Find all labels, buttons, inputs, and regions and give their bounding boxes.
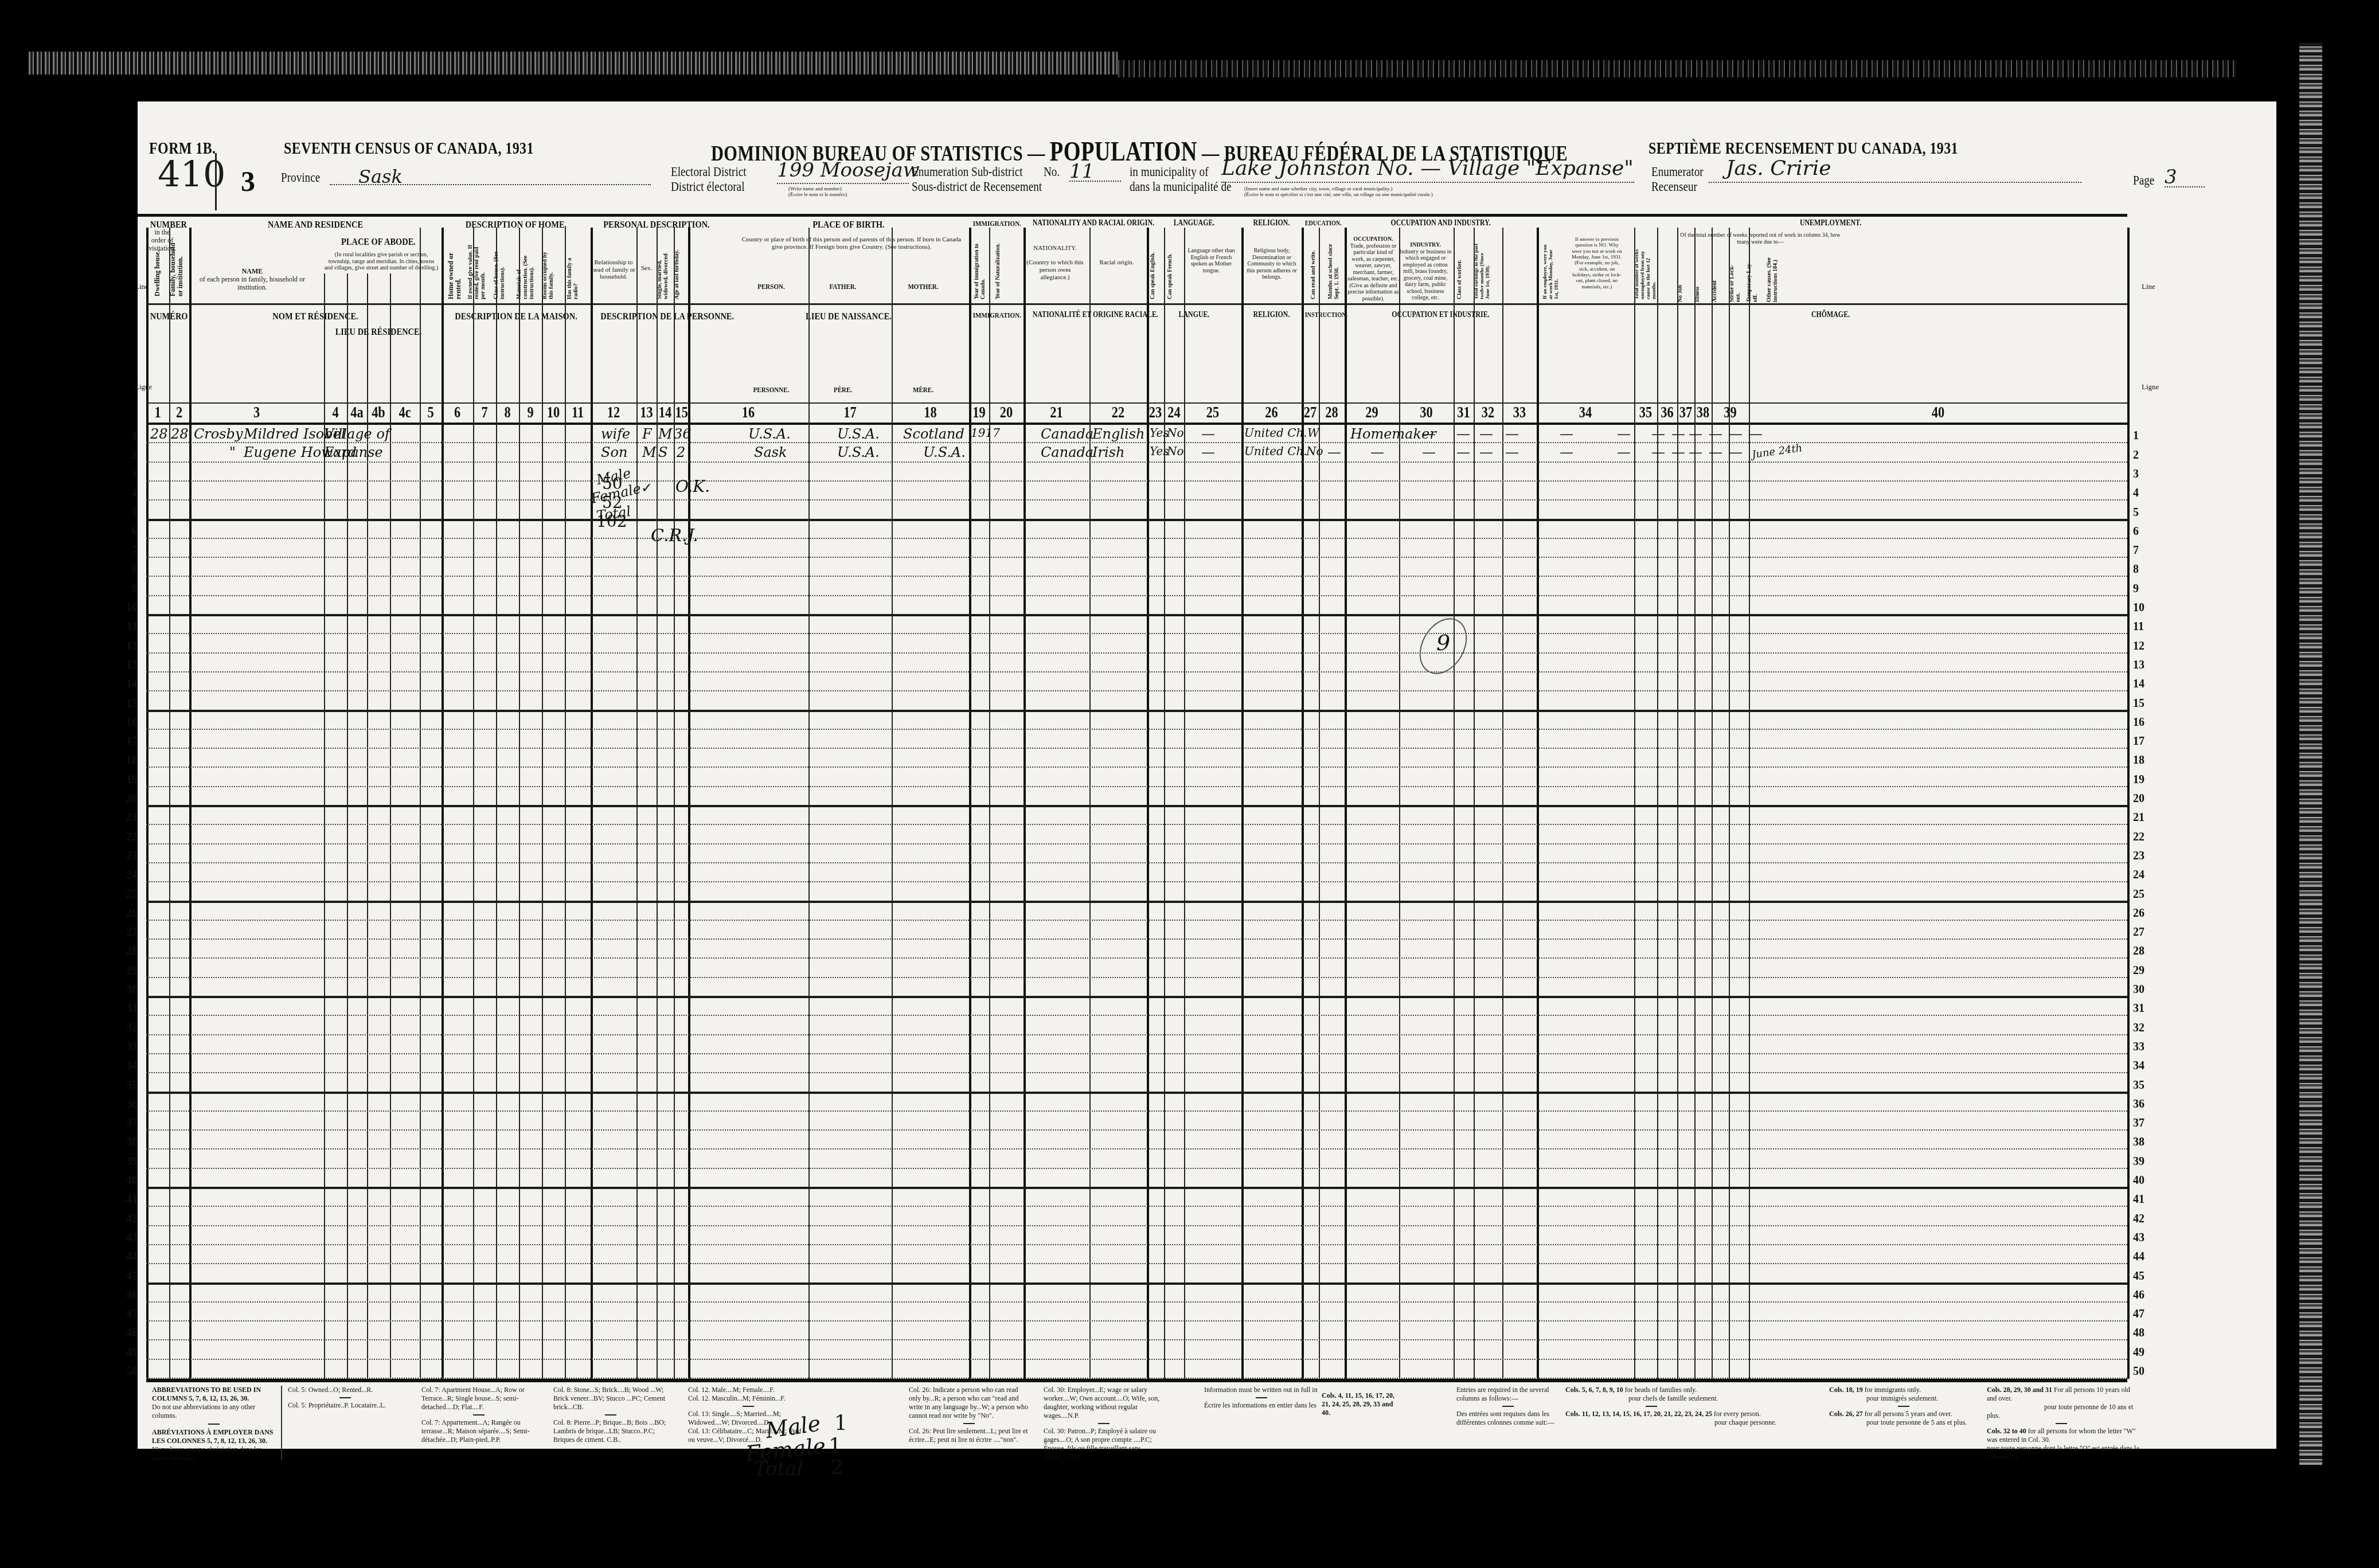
line-number-left: 19 (120, 773, 138, 787)
sheet-divider (215, 153, 217, 210)
line-number-left: 28 (120, 945, 138, 958)
vlabel-speak-english: Can speak English. (1150, 242, 1156, 299)
scan-artifact-top-2 (1118, 60, 2236, 77)
footer-col30: Col. 30: Employer...E; wage or salary wo… (1044, 1386, 1164, 1461)
title-right: SEPTIÈME RECENSEMENT DU CANADA, 1931 (1648, 139, 1958, 158)
row-rule (146, 633, 2127, 634)
cell-family: 28 (171, 426, 189, 442)
line-number-right: 16 (2133, 716, 2150, 729)
vlabel-relationship: Relationship to head of family or househ… (591, 259, 636, 281)
line-number-left: 12 (120, 640, 138, 653)
group-chomage: CHÔMAGE. (1581, 311, 2080, 320)
nationality-sub: NATIONALITY.(Country to which this perso… (1026, 245, 1084, 281)
line-number-left: 22 (120, 831, 138, 844)
vlabel-layoff: Temporary Lay-off. (1746, 256, 1759, 302)
column-number: 11 (568, 404, 588, 422)
enumerator-field: Jas. Cririe (1709, 157, 2081, 183)
line-number-right: 12 (2133, 640, 2150, 653)
line-number-right: 30 (2133, 983, 2150, 996)
row-rule (146, 710, 2127, 712)
cell-c32: — (1505, 426, 1519, 442)
industry-heading: INDUSTRY.Industry or business in which e… (1399, 242, 1452, 302)
pob-father: FATHER. (814, 282, 872, 291)
line-number-left: 26 (120, 907, 138, 920)
column-number: 18 (900, 404, 962, 422)
province-label: Province (281, 170, 320, 186)
column-number: 28 (1322, 404, 1342, 422)
line-number-right: 1 (2133, 429, 2150, 443)
column-number: 38 (1696, 404, 1710, 422)
column-number: 23 (1149, 404, 1162, 422)
footer-entries: Entries are required in the several colu… (1456, 1386, 1560, 1427)
cell-industry: — (1422, 426, 1436, 442)
bottom-total-count: 2 (830, 1456, 843, 1479)
row-rule (146, 614, 2127, 616)
scan-artifact-top (29, 52, 1118, 75)
row-rule (146, 1244, 2127, 1245)
column-number: 33 (1506, 404, 1533, 422)
row-rule (146, 805, 2127, 807)
cell-c39: — (1729, 444, 1743, 460)
row-rule (146, 519, 2127, 521)
cell-racial-origin: Irish (1092, 444, 1124, 460)
row-rule (146, 1015, 2127, 1016)
cell-c37: — (1689, 426, 1702, 442)
group-immigration: IMMIGRATION. (973, 219, 1017, 228)
row-rule (146, 1282, 2127, 1285)
row-rule (146, 557, 2127, 558)
column-number: 26 (1248, 404, 1296, 422)
line-number-left: 14 (120, 678, 138, 691)
cell-c35: — (1651, 444, 1665, 460)
ligne-label-right: Ligne (2142, 382, 2159, 392)
municipality-value: Lake Johnston No. — Village "Expanse" (1221, 157, 1634, 180)
line-number-left: 48 (120, 1327, 138, 1340)
column-rule (2127, 228, 2130, 1379)
column-number: 21 (1030, 404, 1083, 422)
line-number-right: 32 (2133, 1022, 2150, 1035)
footer-col8: Col. 8: Stone...S; Brick....B; Wood ...W… (553, 1386, 668, 1444)
line-number-right: 48 (2133, 1327, 2150, 1340)
line-number-right: 11 (2133, 620, 2150, 634)
check-mark: ✓ (641, 480, 653, 496)
line-number-right: 14 (2133, 678, 2150, 691)
line-number-left: 20 (120, 792, 138, 805)
row-rule (146, 881, 2127, 882)
line-number-right: 49 (2133, 1346, 2150, 1359)
column-number: 19 (971, 404, 987, 422)
cell-c32: — (1505, 444, 1519, 460)
group-occupation-industry: OCCUPATION AND INDUSTRY. (1359, 219, 1522, 228)
footer-col26: Col. 26: Indicate a person who can read … (909, 1386, 1029, 1444)
line-number-right: 46 (2133, 1289, 2150, 1302)
cell-months-school: — (1327, 444, 1341, 460)
line-number-left: 36 (120, 1098, 138, 1111)
cell-c33: — (1560, 426, 1573, 442)
bottom-male-count: 1 (834, 1411, 847, 1435)
line-number-left: 1 (120, 429, 138, 443)
row-rule (146, 1225, 2127, 1226)
enumerator-label: Enumerator Recenseur (1651, 165, 1704, 195)
cell-relationship: wife (601, 426, 630, 442)
row-rule (146, 920, 2127, 921)
line-number-left: 38 (120, 1136, 138, 1149)
column-number: 22 (1095, 404, 1141, 422)
abbrev-block: ABBREVIATIONS TO BE USED IN COLUMNS 5, 7… (152, 1386, 275, 1463)
column-number: 36 (1659, 404, 1675, 422)
occupation-heading: OCCUPATION.Trade, profession or particul… (1347, 236, 1399, 302)
line-number-right: 15 (2133, 697, 2150, 710)
line-number-left: 46 (120, 1289, 138, 1302)
cell-surname: " (229, 444, 236, 460)
line-number-left: 37 (120, 1117, 138, 1130)
municipality-field: Lake Johnston No. — Village "Expanse" (1221, 157, 1634, 183)
column-number: 29 (1350, 404, 1394, 422)
row-rule (146, 1053, 2127, 1054)
cell-abode: Expanse (324, 444, 383, 460)
column-number: 20 (993, 404, 1020, 422)
vlabel-at-work: If an employee, were you at work Monday,… (1542, 242, 1560, 299)
cell-c33: — (1560, 444, 1573, 460)
cell-c40: — (1749, 426, 1763, 442)
column-number: 4b (369, 404, 388, 422)
line-number-left: 17 (120, 735, 138, 748)
line-number-left: 33 (120, 1041, 138, 1054)
line-number-right: 37 (2133, 1117, 2150, 1130)
vlabel-value-rent: If owned give value. If rented, give ren… (467, 242, 486, 299)
vlabel-earnings: Total earnings in the past twelve months… (1474, 242, 1491, 299)
column-number: 40 (1787, 404, 2089, 422)
column-number: 8 (498, 404, 517, 422)
group-instruction: INSTRUCTION. (1305, 311, 1342, 319)
column-number: 15 (675, 404, 687, 422)
line-number-left: 10 (120, 601, 138, 615)
column-number: 37 (1679, 404, 1693, 422)
cell-age: 2 (677, 444, 685, 460)
row-rule (146, 1263, 2127, 1264)
row-rule (146, 862, 2127, 863)
line-number-right: 40 (2133, 1174, 2150, 1187)
circled-number: 9 (1436, 630, 1450, 655)
row-rule (146, 1034, 2127, 1035)
group-occupation-industrie: OCCUPATION ET INDUSTRIE. (1359, 311, 1522, 320)
scan-artifact-right-edge (2299, 43, 2322, 1465)
line-number-right: 39 (2133, 1155, 2150, 1168)
row-rule (146, 786, 2127, 787)
cell-c30: — (1456, 444, 1470, 460)
row-rule (146, 1359, 2127, 1360)
cell-c31: — (1479, 444, 1493, 460)
group-religion-fr: RELIGION. (1246, 311, 1297, 320)
column-number: 9 (521, 404, 540, 422)
district-number: 3 (241, 165, 255, 198)
line-number-left: 43 (120, 1231, 138, 1245)
line-number-right: 45 (2133, 1270, 2150, 1283)
line-number-right: 18 (2133, 754, 2150, 767)
ligne-label-left: Ligne (135, 382, 152, 392)
column-number: 34 (1546, 404, 1624, 422)
pob-person: PERSON. (749, 282, 794, 291)
line-number-left: 3 (120, 468, 138, 481)
cell-c31: — (1479, 426, 1493, 442)
row-rule (146, 939, 2127, 940)
column-number: 3 (203, 404, 311, 422)
line-number-right: 8 (2133, 563, 2150, 576)
column-number: 14 (658, 404, 672, 422)
cell-abode: Village of (324, 426, 390, 442)
cell-sex: F (642, 426, 652, 442)
line-number-right: 17 (2133, 735, 2150, 748)
column-number: 27 (1303, 404, 1317, 422)
column-number: 39 (1716, 404, 1745, 422)
column-number: 12 (595, 404, 632, 422)
row-rule (146, 1187, 2127, 1189)
column-number: 4a (349, 404, 365, 422)
line-number-right: 3 (2133, 468, 2150, 481)
pob-mother: MOTHER. (894, 282, 952, 291)
line-number-right: 7 (2133, 544, 2150, 557)
cell-c38: — (1709, 444, 1722, 460)
vlabel-months-school: Months at school since Sept. 1, 1930. (1327, 242, 1340, 299)
census-page: FORM 1B. SEVENTH CENSUS OF CANADA, 1931 … (138, 101, 2276, 1449)
line-number-left: 50 (120, 1365, 138, 1378)
cell-surname: Crosby (194, 426, 243, 442)
cell-nationality: Canada (1041, 426, 1093, 442)
row-rule (146, 442, 2127, 443)
vlabel-owned-rented: Home owned or rented. (447, 242, 462, 299)
line-number-right: 25 (2133, 888, 2150, 901)
column-number: 4c (393, 404, 417, 422)
vlabel-family: Family, household or institution. (169, 239, 184, 296)
line-number-left: 21 (120, 811, 138, 824)
cell-c36: — (1671, 444, 1685, 460)
line-number-right: 9 (2133, 582, 2150, 596)
page-value: 3 (2165, 166, 2177, 189)
row-rule (146, 652, 2127, 654)
unemp-weeks-heading: Of the total number of weeks reported ou… (1674, 232, 1846, 245)
column-number: 16 (700, 404, 796, 422)
pob-personne: PERSONNE. (749, 385, 794, 394)
vlabel-year-immigration: Year of immigration to Canada. (974, 242, 986, 299)
line-number-right: 36 (2133, 1098, 2150, 1111)
vlabel-class-worker: Class of worker. (1456, 242, 1463, 299)
header-top-rule (138, 214, 2127, 217)
cell-birth-person: Sask (754, 444, 787, 460)
group-unemployment: UNEMPLOYMENT. (1581, 219, 2080, 228)
unemp-q33: If answer to previous question is NO. Wh… (1571, 236, 1623, 290)
footer-immigrants: Cols. 18, 19 for immigrants only.pour im… (1829, 1386, 1984, 1427)
group-religion: RELIGION. (1246, 219, 1297, 228)
line-number-left: 40 (120, 1174, 138, 1187)
vlabel-other-causes: Other causes. (See instructions 184.) (1766, 256, 1779, 302)
column-number: 10 (544, 404, 562, 422)
cell-marital: M (658, 426, 673, 442)
pob-pere: PÈRE. (814, 385, 872, 394)
enumerator-value: Jas. Cririe (1726, 157, 1831, 180)
vlabel-dwelling: Dwelling house. (154, 239, 161, 296)
municipality-label: in municipality of dans la municipalité … (1130, 165, 1232, 195)
mother-tongue-heading: Language other than English or French sp… (1184, 248, 1239, 274)
cell-nationality: Canada (1041, 444, 1093, 460)
vlabel-marital: Single, married, widowed, divorced (657, 242, 669, 299)
row-rule (146, 1092, 2127, 1094)
footer-full-info: Information must be written out in full … (1204, 1386, 1319, 1410)
cell-speak-english: Yes (1150, 426, 1169, 440)
cell-sex: M (642, 444, 657, 460)
row-rule (146, 1110, 2127, 1112)
pob-note: Country or place of birth of this person… (740, 236, 963, 251)
page-label: Page (2133, 173, 2154, 189)
row-rule (146, 462, 2127, 463)
column-number: 24 (1166, 404, 1182, 422)
line-number-left: 47 (120, 1308, 138, 1321)
group-name-residence: NAME AND RESIDENCE (208, 219, 423, 230)
line-number-right: 44 (2133, 1250, 2150, 1264)
row-rule (146, 729, 2127, 730)
row-rule (146, 1129, 2127, 1131)
cell-speak-french: No (1167, 444, 1184, 458)
vlabel-sex: Sex. (639, 265, 654, 272)
line-number-left: 2 (120, 449, 138, 462)
line-number-right: 13 (2133, 659, 2150, 672)
line-number-right: 2 (2133, 449, 2150, 462)
line-number-left: 34 (120, 1059, 138, 1073)
line-number-right: 33 (2133, 1041, 2150, 1054)
line-number-left: 39 (120, 1155, 138, 1168)
vlabel-rooms: Rooms occupied by this family. (542, 242, 554, 299)
footer-col5: Col. 5: Owned...O; Rented...R.Col. 5: Pr… (288, 1386, 403, 1410)
cell-c34: — (1617, 444, 1631, 460)
cell-c30: — (1456, 426, 1470, 442)
group-nationalite: NATIONALITÉ ET ORIGINE RACIALE. (1033, 311, 1135, 320)
no-field: 11 (1069, 160, 1121, 182)
row-rule (146, 1148, 2127, 1149)
bottom-female-count: 1 (829, 1434, 842, 1458)
line-number-left: 30 (120, 983, 138, 996)
municipality-hint: (Insert name and state whether city, tow… (1244, 186, 1433, 198)
cell-religion: United Ch. (1244, 444, 1307, 458)
column-number: 17 (817, 404, 884, 422)
line-number-left: 9 (120, 582, 138, 596)
abode-note: (In rural localities give parish or sect… (324, 252, 439, 272)
cell-c39: — (1729, 426, 1743, 442)
line-number-left: 27 (120, 926, 138, 939)
line-number-left: 23 (120, 850, 138, 863)
line-number-left: 7 (120, 544, 138, 557)
vlabel-read-write: Can read and write. (1310, 242, 1317, 299)
column-number: 1 (149, 404, 167, 422)
cell-occupation: — (1370, 444, 1384, 460)
cell-speak-english: Yes (1150, 444, 1169, 458)
row-rule (146, 767, 2127, 768)
cell-speak-french: No (1167, 426, 1184, 440)
cell-age: 36 (674, 426, 692, 442)
row-rule (146, 480, 2127, 482)
province-value: Sask (358, 166, 403, 187)
vlabel-year-naturalization: Year of Naturalization. (995, 242, 1001, 299)
bottom-total-label: Total (754, 1457, 803, 1480)
column-number: 7 (475, 404, 494, 422)
cell-mother-tongue: — (1201, 444, 1215, 460)
group-langue: LANGUE. (1154, 311, 1234, 320)
row-rule (146, 901, 2127, 903)
line-number-left: 41 (120, 1193, 138, 1206)
name-heading: NAMEof each person in family, household … (189, 268, 315, 291)
cell-marital: S (658, 444, 667, 460)
cell-birth-mother: Scotland (903, 426, 964, 442)
line-number-left: 15 (120, 697, 138, 710)
line-number-right: 34 (2133, 1059, 2150, 1073)
line-label-right: Line (2142, 282, 2155, 291)
pob-mere: MÈRE. (894, 385, 952, 394)
cell-industry: — (1422, 444, 1436, 460)
cell-birth-father: U.S.A. (837, 444, 880, 460)
row-rule (146, 671, 2127, 672)
no-value: 11 (1069, 160, 1094, 183)
row-rule (146, 843, 2127, 844)
group-place-of-abode: PLACE OF ABODE. (330, 236, 427, 248)
row-rule (146, 996, 2127, 998)
line-number-right: 19 (2133, 773, 2150, 787)
line-number-right: 29 (2133, 964, 2150, 977)
line-number-left: 5 (120, 506, 138, 519)
line-number-right: 22 (2133, 831, 2150, 844)
line-number-left: 24 (120, 869, 138, 882)
cell-c35: — (1651, 426, 1665, 442)
vlabel-strike: Strike or Lock-out. (1729, 256, 1741, 302)
row-rule (146, 595, 2127, 596)
cell-religion: United Ch. (1244, 426, 1307, 440)
group-description-home: DESCRIPTION OF HOME. (453, 219, 580, 230)
footer-top-rule (146, 1379, 2127, 1382)
cell-relationship: Son (601, 444, 627, 460)
group-description-maison: DESCRIPTION DE LA MAISON. (453, 311, 580, 322)
cell-read-write: No (1306, 444, 1323, 458)
line-number-right: 42 (2133, 1213, 2150, 1226)
line-number-right: 38 (2133, 1136, 2150, 1149)
line-number-left: 45 (120, 1270, 138, 1283)
initials-annotation: C.R.J. (651, 526, 698, 546)
group-numero: NUMÉRO (150, 311, 175, 322)
line-number-right: 10 (2133, 601, 2150, 615)
cell-birth-mother: U.S.A. (923, 444, 966, 460)
ok-annotation: O.K. (675, 477, 710, 496)
row-rule (146, 576, 2127, 577)
line-number-right: 41 (2133, 1193, 2150, 1206)
group-education: EDUCATION. (1305, 219, 1342, 228)
column-number: 35 (1636, 404, 1655, 422)
cell-immigration-year: 1917 (971, 426, 1000, 440)
line-number-left: 18 (120, 754, 138, 767)
group-language: LANGUAGE. (1154, 219, 1234, 228)
title-left: SEVENTH CENSUS OF CANADA, 1931 (284, 139, 534, 158)
column-number: 2 (171, 404, 187, 422)
tally-male-count: 50 (602, 474, 623, 493)
group-lieu-naissance: LIEU DE NAISSANCE. (747, 311, 951, 322)
line-number-left: 25 (120, 888, 138, 901)
cell-dwelling: 28 (150, 426, 168, 442)
tally-total-count: 102 (596, 512, 627, 531)
census-rows (146, 424, 2127, 1379)
line-number-left: 32 (120, 1022, 138, 1035)
line-number-right: 27 (2133, 926, 2150, 939)
electoral-hint: (Write name and number)(Écrire le nom et… (788, 186, 847, 198)
line-number-right: 4 (2133, 487, 2150, 500)
column-number: 25 (1190, 404, 1236, 422)
line-number-left: 4 (120, 487, 138, 500)
line-number-left: 6 (120, 525, 138, 538)
footer-ten-years: Cols. 28, 29, 30 and 31 For all persons … (1987, 1386, 2142, 1461)
